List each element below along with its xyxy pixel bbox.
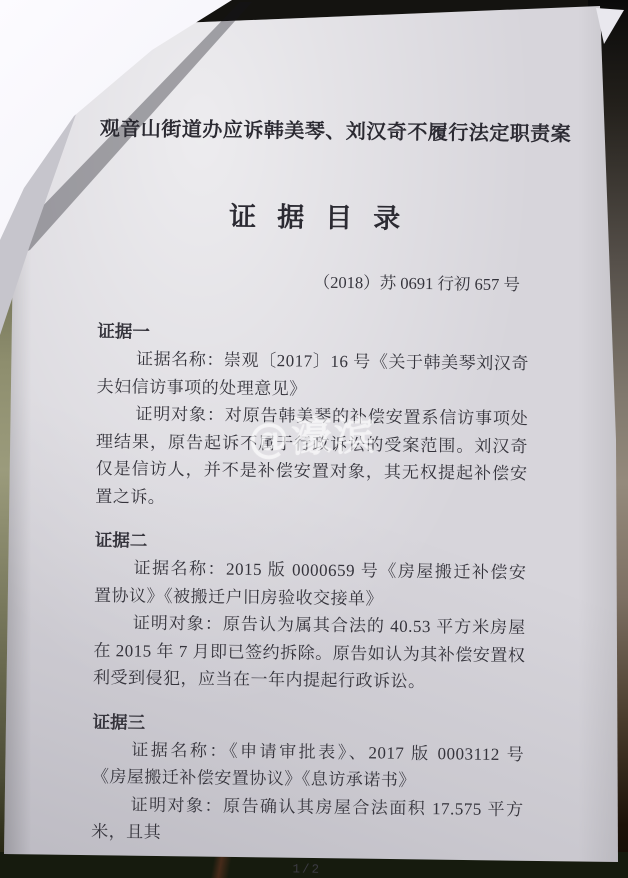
evidence-section: 证据一 证据名称：崇观〔2017〕16 号《关于韩美琴刘汉奇夫妇信访事项的处理意… bbox=[95, 318, 529, 515]
evidence-section: 证据三 证据名称：《申请审批表》、2017 版 0003112 号《房屋搬迁补偿… bbox=[91, 708, 525, 850]
evidence-section-body: 证据名称：《申请审批表》、2017 版 0003112 号《房屋搬迁补偿安置协议… bbox=[91, 735, 524, 850]
case-title: 观音山街道办应诉韩美琴、刘汉奇不履行法定职责案 bbox=[100, 112, 532, 146]
evidence-paragraph: 证明对象：原告认为属其合法的 40.53 平方米房屋在 2015 年 7 月即已… bbox=[93, 609, 526, 697]
case-number: （2018）苏 0691 行初 657 号 bbox=[98, 266, 530, 295]
evidence-paragraph: 证据名称：崇观〔2017〕16 号《关于韩美琴刘汉奇夫妇信访事项的处理意见》 bbox=[96, 345, 529, 405]
evidence-section-body: 证据名称：崇观〔2017〕16 号《关于韩美琴刘汉奇夫妇信访事项的处理意见》证明… bbox=[95, 345, 529, 515]
document-content: 观音山街道办应诉韩美琴、刘汉奇不履行法定职责案 证据目录 （2018）苏 069… bbox=[91, 112, 532, 878]
evidence-section-body: 证据名称：2015 版 0000659 号《房屋搬迁补偿安置协议》《被搬迁户旧房… bbox=[93, 554, 527, 697]
document-title: 证据目录 bbox=[99, 193, 531, 237]
evidence-paragraph: 证明对象：原告确认其房屋合法面积 17.575 平方米，且其 bbox=[91, 790, 524, 850]
evidence-paragraph: 证据名称：2015 版 0000659 号《房屋搬迁补偿安置协议》《被搬迁户旧房… bbox=[94, 554, 527, 614]
photographed-document: 观音山街道办应诉韩美琴、刘汉奇不履行法定职责案 证据目录 （2018）苏 069… bbox=[0, 0, 628, 878]
evidence-section: 证据二 证据名称：2015 版 0000659 号《房屋搬迁补偿安置协议》《被搬… bbox=[93, 527, 527, 697]
evidence-sections: 证据一 证据名称：崇观〔2017〕16 号《关于韩美琴刘汉奇夫妇信访事项的处理意… bbox=[91, 318, 529, 851]
evidence-paragraph: 证明对象：对原告韩美琴的补偿安置系信访事项处理结果，原告起诉不属于行政诉讼的受案… bbox=[95, 400, 528, 515]
evidence-paragraph: 证据名称：《申请审批表》、2017 版 0003112 号《房屋搬迁补偿安置协议… bbox=[92, 735, 525, 795]
